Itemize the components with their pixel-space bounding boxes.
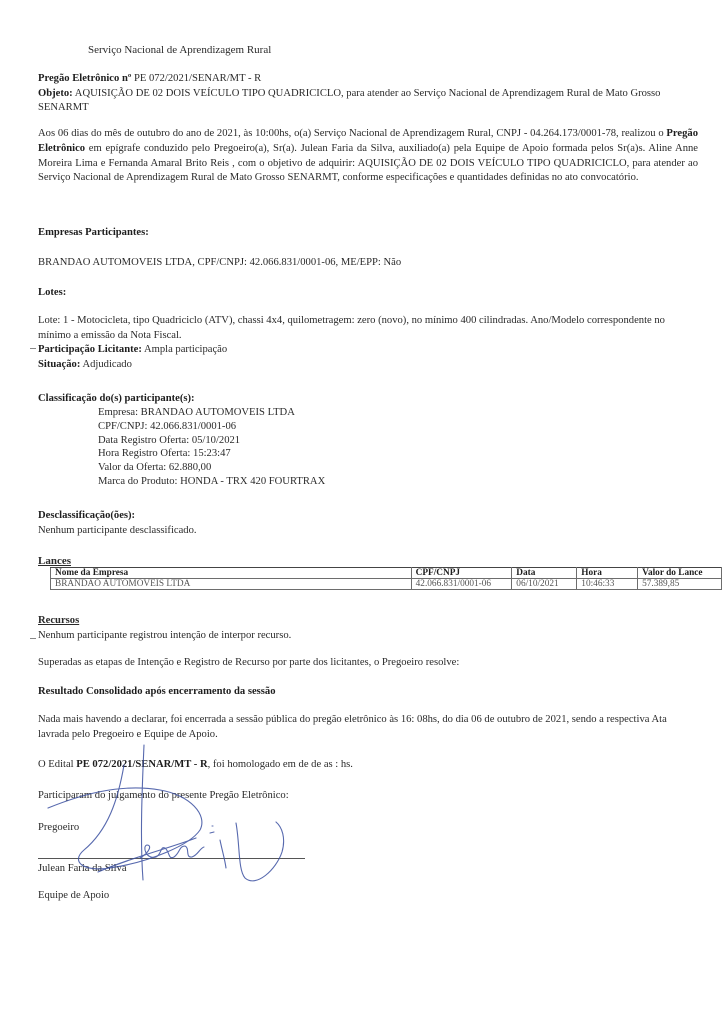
- lot-section: Lote: 1 - Motocicleta, tipo Quadriciclo …: [38, 314, 698, 372]
- disqualification-text: Nenhum participante desclassificado.: [38, 524, 197, 539]
- classification-item: Data Registro Oferta: 05/10/2021: [98, 434, 325, 448]
- status-line: Situação: Adjudicado: [38, 358, 698, 373]
- pregao-number-line: Pregão Eletrônico nº PE 072/2021/SENAR/M…: [38, 72, 698, 87]
- column-header: Valor do Lance: [638, 568, 722, 579]
- participants-statement: Participaram do julgamento do presente P…: [38, 789, 289, 804]
- margin-mark: [30, 348, 36, 349]
- participating-companies-title: Empresas Participantes:: [38, 226, 149, 241]
- classification-item: Hora Registro Oferta: 15:23:47: [98, 447, 325, 461]
- participation-line: Participação Licitante: Ampla participaç…: [38, 343, 698, 358]
- auctioneer-label: Pregoeiro: [38, 821, 79, 836]
- organization-name: Serviço Nacional de Aprendizagem Rural: [88, 43, 271, 58]
- auctioneer-name: Julean Faria da Silva: [38, 862, 127, 877]
- edital-suffix: , foi homologado em de de as : hs.: [208, 759, 353, 770]
- edital-homologation-line: O Edital PE 072/2021/SENAR/MT - R, foi h…: [38, 758, 353, 773]
- classification-item: Marca do Produto: HONDA - TRX 420 FOURTR…: [98, 475, 325, 489]
- appeals-text: Nenhum participante registrou intenção d…: [38, 629, 291, 644]
- objeto-label: Objeto:: [38, 88, 73, 99]
- column-header: Hora: [577, 568, 638, 579]
- disqualification-section: Desclassificação(ões): Nenhum participan…: [38, 509, 197, 538]
- session-closing-text: Nada mais havendo a declarar, foi encerr…: [38, 713, 698, 742]
- signature-line: [38, 858, 305, 859]
- classification-item: CPF/CNPJ: 42.066.831/0001-06: [98, 420, 325, 434]
- appeal-stages-text: Superadas as etapas de Intenção e Regist…: [38, 656, 459, 671]
- lot-label: Lote: 1 -: [38, 315, 77, 326]
- status-value: Adjudicado: [82, 359, 131, 370]
- column-header: Data: [512, 568, 577, 579]
- participating-company-line: BRANDAO AUTOMOVEIS LTDA, CPF/CNPJ: 42.06…: [38, 256, 401, 271]
- bids-table-header: Nome da Empresa CPF/CNPJ Data Hora Valor…: [51, 568, 722, 579]
- table-row: BRANDAO AUTOMOVEIS LTDA 42.066.831/0001-…: [51, 579, 722, 590]
- bid-date: 06/10/2021: [512, 579, 577, 590]
- lots-title: Lotes:: [38, 286, 66, 301]
- bid-cnpj: 42.066.831/0001-06: [411, 579, 512, 590]
- opening-text-2: em epígrafe conduzido pelo Pregoeiro(a),…: [38, 143, 698, 184]
- bid-time: 10:46:33: [577, 579, 638, 590]
- pregao-label: Pregão Eletrônico nº: [38, 73, 131, 84]
- bid-value: 57.389,85: [638, 579, 722, 590]
- bids-title: Lances: [38, 556, 722, 567]
- participation-label: Participação Licitante:: [38, 344, 142, 355]
- participation-value: Ampla participação: [144, 344, 227, 355]
- disqualification-title: Desclassificação(ões):: [38, 509, 197, 524]
- classification-item: Valor da Oferta: 62.880,00: [98, 461, 325, 475]
- column-header: CPF/CNPJ: [411, 568, 512, 579]
- consolidated-result-title: Resultado Consolidado após encerramento …: [38, 685, 276, 700]
- lot-description: Lote: 1 - Motocicleta, tipo Quadriciclo …: [38, 314, 698, 343]
- status-label: Situação:: [38, 359, 80, 370]
- classification-title: Classificação do(s) participante(s):: [38, 392, 195, 407]
- edital-prefix: O Edital: [38, 759, 76, 770]
- pregao-number: PE 072/2021/SENAR/MT - R: [134, 73, 261, 84]
- pregao-header: Pregão Eletrônico nº PE 072/2021/SENAR/M…: [38, 72, 698, 116]
- edital-number: PE 072/2021/SENAR/MT - R: [76, 759, 207, 770]
- classification-item: Empresa: BRANDAO AUTOMOVEIS LTDA: [98, 406, 325, 420]
- classification-list: Empresa: BRANDAO AUTOMOVEIS LTDA CPF/CNP…: [98, 406, 325, 489]
- bid-company: BRANDAO AUTOMOVEIS LTDA: [51, 579, 412, 590]
- objeto-text: AQUISIÇÃO DE 02 DOIS VEÍCULO TIPO QUADRI…: [38, 88, 660, 114]
- opening-paragraph: Aos 06 dias do mês de outubro do ano de …: [38, 127, 698, 186]
- appeals-title: Recursos: [38, 614, 291, 629]
- objeto-line: Objeto: AQUISIÇÃO DE 02 DOIS VEÍCULO TIP…: [38, 87, 698, 116]
- lot-description-text: Motocicleta, tipo Quadriciclo (ATV), cha…: [38, 315, 665, 341]
- support-team-label: Equipe de Apoio: [38, 889, 109, 904]
- appeals-section: Recursos Nenhum participante registrou i…: [38, 614, 291, 643]
- bids-table: Nome da Empresa CPF/CNPJ Data Hora Valor…: [50, 567, 722, 590]
- column-header: Nome da Empresa: [51, 568, 412, 579]
- margin-mark: [30, 638, 36, 639]
- opening-text-1: Aos 06 dias do mês de outubro do ano de …: [38, 128, 666, 139]
- bids-section: Lances Nome da Empresa CPF/CNPJ Data Hor…: [38, 556, 722, 590]
